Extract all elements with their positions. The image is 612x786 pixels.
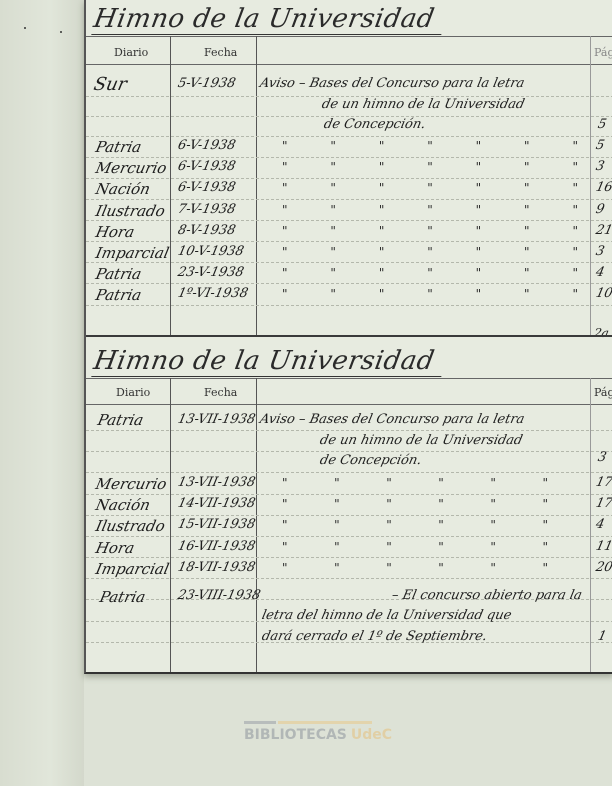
ditto-mark: " [490,497,496,511]
ditto-mark: " [330,287,336,301]
ditto-mark: " [524,181,530,195]
watermark-secondary: UdeC [351,727,392,743]
column-divider [170,36,171,335]
divider [86,404,612,405]
pagina-cell: 4 [594,517,605,532]
pagina-cell: 17 [594,496,612,511]
description-line: Aviso – Bases del Concurso para la letra [258,76,526,91]
ditto-mark: " [427,160,433,174]
ditto-mark: " [524,160,530,174]
column-header-pagina: Pág [594,46,612,59]
ruled-line [86,220,612,222]
section-title: Himno de la Universidad [91,4,447,35]
ditto-mark: " [476,266,482,280]
fecha-cell: 10-V-1938 [176,244,245,259]
pagina-cell: 5 [596,117,607,132]
ditto-marks: """""" [282,518,548,532]
ditto-mark: " [330,266,336,280]
ditto-mark: " [542,497,548,511]
ditto-mark: " [330,160,336,174]
diario-cell: Nación [94,180,152,198]
ruled-line [86,283,612,285]
pagina-cell: 20 [594,560,612,575]
fecha-cell: 6-V-1938 [176,138,237,153]
ditto-mark: " [438,518,444,532]
ruled-line [86,494,612,496]
ditto-mark: " [427,245,433,259]
ditto-mark: " [330,139,336,153]
library-watermark: BIBLIOTECASUdeC [244,721,372,743]
divider [86,64,612,65]
diario-cell: Patria [98,588,147,606]
column-divider [256,378,257,672]
ditto-marks: """""" [282,561,548,575]
ditto-mark: " [427,287,433,301]
fecha-cell: 6-V-1938 [176,180,237,195]
ditto-mark: " [438,476,444,490]
diario-cell: Patria [96,411,145,429]
ditto-mark: " [282,476,288,490]
section-title: Himno de la Universidad [91,346,447,377]
ditto-mark: " [572,287,578,301]
ditto-mark: " [386,561,392,575]
ruled-line [86,262,612,264]
column-header-pagina: Pág [594,386,612,399]
ditto-mark: " [572,139,578,153]
fecha-cell: 8-V-1938 [176,223,237,238]
ditto-mark: " [282,139,288,153]
ruled-line [86,557,612,559]
ditto-mark: " [379,203,385,217]
ditto-mark: " [330,181,336,195]
watermark-primary: BIBLIOTECAS [244,727,347,743]
diario-cell: Sur [92,74,129,95]
ditto-mark: " [379,266,385,280]
ditto-mark: " [330,224,336,238]
scan-speck [60,31,62,33]
ditto-marks: """"""" [282,266,578,280]
ditto-mark: " [334,561,340,575]
pagina-cell: 21 [594,223,612,238]
column-header-diario: Diario [116,386,150,399]
ditto-mark: " [334,518,340,532]
fecha-cell: 14-VII-1938 [176,496,256,511]
ditto-mark: " [572,224,578,238]
ditto-mark: " [542,561,548,575]
ditto-marks: """"""" [282,203,578,217]
ruled-line [86,241,612,243]
ditto-mark: " [334,476,340,490]
pagina-cell: 10 [594,286,612,301]
section-2: Himno de la Universidad Diario Fecha Pág… [86,338,612,672]
ditto-mark: " [282,518,288,532]
ditto-mark: " [476,139,482,153]
ditto-mark: " [572,160,578,174]
ditto-mark: " [490,561,496,575]
ditto-mark: " [330,203,336,217]
pagina-cell: 3 [596,450,607,465]
fecha-cell: 13-VII-1938 [176,475,256,490]
ruled-line [86,199,612,201]
ditto-mark: " [386,518,392,532]
diario-cell: Patria [94,265,143,283]
ditto-mark: " [282,245,288,259]
ditto-mark: " [282,266,288,280]
ditto-mark: " [427,181,433,195]
fecha-cell: 7-V-1938 [176,202,237,217]
ditto-mark: " [572,203,578,217]
ditto-marks: """""" [282,540,548,554]
pagina-cell: 16 [594,180,612,195]
ditto-marks: """"""" [282,139,578,153]
ditto-mark: " [572,181,578,195]
ditto-marks: """"""" [282,181,578,195]
ditto-mark: " [282,540,288,554]
ditto-mark: " [334,540,340,554]
ditto-marks: """"""" [282,287,578,301]
ditto-mark: " [379,224,385,238]
diario-cell: Patria [94,286,143,304]
ruled-line [86,536,612,538]
pagina-cell: 11 [594,539,612,554]
ditto-mark: " [427,224,433,238]
fecha-cell: 23-VIII-1938 [176,588,261,603]
ditto-mark: " [330,245,336,259]
column-divider [590,36,591,335]
ditto-marks: """"""" [282,245,578,259]
ditto-mark: " [379,245,385,259]
ditto-mark: " [282,561,288,575]
ditto-mark: " [438,497,444,511]
column-divider [170,378,171,672]
description-line: de Concepción. [318,453,423,468]
ditto-mark: " [476,245,482,259]
ditto-mark: " [379,139,385,153]
ditto-mark: " [524,287,530,301]
ditto-mark: " [282,287,288,301]
ruled-line [86,430,612,432]
ditto-mark: " [524,139,530,153]
index-card: Himno de la Universidad Diario Fecha Pág… [84,0,612,674]
watermark-bar [244,721,372,724]
ditto-mark: " [572,266,578,280]
scan-speck [24,27,26,29]
ditto-mark: " [490,476,496,490]
ditto-mark: " [427,266,433,280]
ditto-mark: " [438,561,444,575]
column-header-fecha: Fecha [204,46,237,59]
ruled-line [86,305,612,307]
ditto-mark: " [386,497,392,511]
description-line: de Concepción. [322,117,427,132]
fecha-cell: 16-VII-1938 [176,539,256,554]
ditto-mark: " [334,497,340,511]
ditto-mark: " [386,540,392,554]
pagina-cell: 17 [594,475,612,490]
ruled-line [86,178,612,180]
ditto-mark: " [524,245,530,259]
ditto-marks: """"""" [282,224,578,238]
diario-cell: Mercurio [94,159,168,177]
ditto-mark: " [282,181,288,195]
diario-cell: Ilustrado [94,202,167,220]
column-divider [256,36,257,335]
ditto-mark: " [490,518,496,532]
pagina-cell: 3 [594,244,605,259]
diario-cell: Patria [94,138,143,156]
ditto-mark: " [476,181,482,195]
ditto-mark: " [379,181,385,195]
ditto-mark: " [542,518,548,532]
ditto-mark: " [282,497,288,511]
ditto-mark: " [524,266,530,280]
ditto-mark: " [427,203,433,217]
ditto-mark: " [427,139,433,153]
ditto-mark: " [379,287,385,301]
ditto-mark: " [476,224,482,238]
description-line: dará cerrado el 1º de Septiembre. [260,629,488,644]
ditto-marks: """""" [282,497,548,511]
description-line: Aviso – Bases del Concurso para la letra [258,412,526,427]
ditto-mark: " [542,476,548,490]
description-line: de un himno de la Universidad [320,97,526,112]
ditto-mark: " [572,245,578,259]
ditto-mark: " [524,203,530,217]
section-1: Himno de la Universidad Diario Fecha Pág… [86,0,612,335]
diario-cell: Nación [94,496,152,514]
fecha-cell: 1º-VI-1938 [176,286,249,301]
column-header-diario: Diario [114,46,148,59]
pagina-cell: 4 [594,265,605,280]
diario-cell: Hora [94,223,136,241]
ditto-mark: " [282,160,288,174]
divider [86,36,612,37]
ditto-mark: " [476,203,482,217]
column-divider [590,378,591,672]
fecha-cell: 6-V-1938 [176,159,237,174]
fecha-cell: 5-V-1938 [176,76,237,91]
diario-cell: Mercurio [94,475,168,493]
ditto-mark: " [438,540,444,554]
ditto-mark: " [379,160,385,174]
diario-cell: Hora [94,539,136,557]
ditto-marks: """""" [282,476,548,490]
pagina-cell: 3 [594,159,605,174]
ditto-mark: " [490,540,496,554]
description-line: de un himno de la Universidad [318,433,524,448]
fecha-cell: 13-VII-1938 [176,412,256,427]
ditto-mark: " [524,224,530,238]
diario-cell: Imparcial [94,244,171,262]
ruled-line [86,136,612,138]
ditto-mark: " [542,540,548,554]
pagina-cell: 5 [594,138,605,153]
ditto-mark: " [282,203,288,217]
fecha-cell: 23-V-1938 [176,265,245,280]
diario-cell: Ilustrado [94,517,167,535]
ditto-mark: " [386,476,392,490]
ditto-marks: """"""" [282,160,578,174]
fecha-cell: 15-VII-1938 [176,517,256,532]
ditto-mark: " [282,224,288,238]
ruled-line [86,472,612,474]
diario-cell: Imparcial [94,560,171,578]
column-header-fecha: Fecha [204,386,237,399]
description-line: letra del himno de la Universidad que [260,608,513,623]
fecha-cell: 18-VII-1938 [176,560,256,575]
ditto-mark: " [476,287,482,301]
scan-margin [0,0,84,786]
ruled-line [86,578,612,580]
divider [86,378,612,379]
ditto-mark: " [476,160,482,174]
description-line: – El concurso abierto para la [390,588,583,603]
pagina-cell: 9 [594,202,605,217]
